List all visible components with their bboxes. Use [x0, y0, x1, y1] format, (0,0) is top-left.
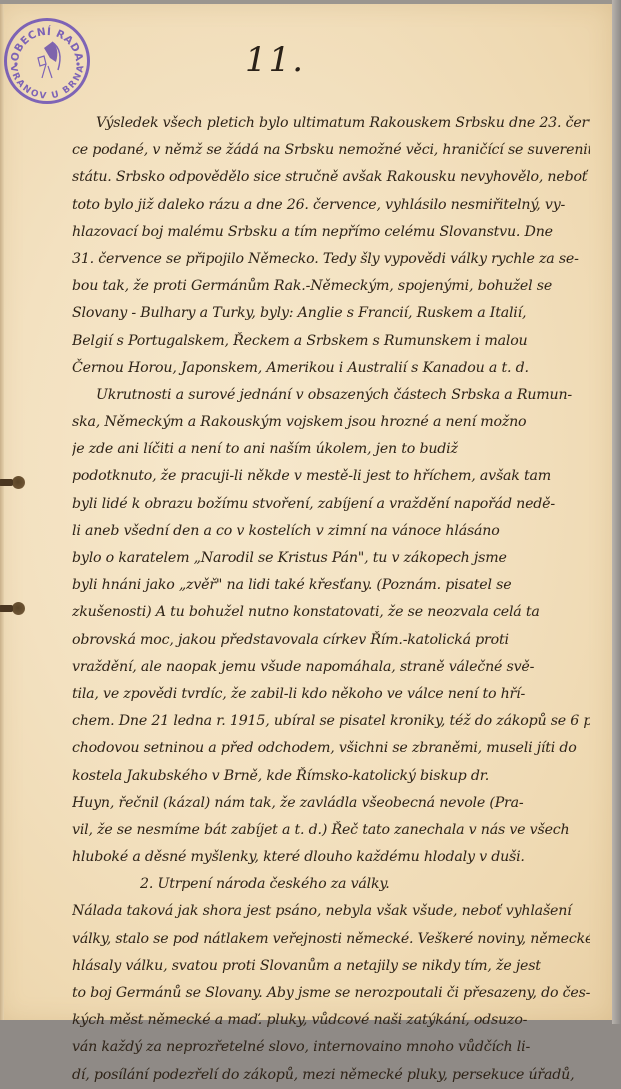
text-line: byli hnáni jako „zvěř" na lidi také křes… — [72, 572, 590, 599]
text-line: zkušenosti) A tu bohužel nutno konstatov… — [72, 599, 590, 626]
text-line: Černou Horou, Japonskem, Amerikou i Aust… — [72, 355, 590, 382]
text-line: 31. července se připojilo Německo. Tedy … — [72, 246, 590, 273]
text-line: byli lidé k obrazu božímu stvoření, zabí… — [72, 491, 590, 518]
text-line: války, stalo se pod nátlakem veřejnosti … — [72, 926, 590, 953]
stamp-bottom-text: VRANOV U BRNA — [7, 64, 86, 102]
text-line: Výsledek všech pletich bylo ultimatum Ra… — [72, 110, 590, 137]
municipal-stamp: OBECNÍ RADA VRANOV U BRNA — [4, 18, 90, 104]
text-line: Nálada taková jak shora jest psáno, neby… — [72, 898, 590, 925]
svg-text:VRANOV U BRNA: VRANOV U BRNA — [7, 64, 86, 102]
scan-right-edge — [612, 0, 621, 1024]
chronicle-page: OBECNÍ RADA VRANOV U BRNA 11. Výsledek v… — [0, 4, 612, 1020]
handwritten-text-block: Výsledek všech pletich bylo ultimatum Ra… — [72, 110, 590, 1024]
stamp-top-text: OBECNÍ RADA — [9, 25, 85, 63]
text-line: je zde ani líčiti a není to ani naším úk… — [72, 436, 590, 463]
text-line: státu. Srbsko odpovědělo sice stručně av… — [72, 164, 590, 191]
text-line: Ukrutnosti a surové jednání v obsazených… — [72, 382, 590, 409]
text-line: podotknuto, že pracuji-li někde v mestě-… — [72, 463, 590, 490]
binding-edge — [0, 4, 4, 1020]
page-number: 11. — [245, 40, 305, 80]
text-line: bou tak, že proti Germánům Rak.-Německým… — [72, 273, 590, 300]
text-line: to boj Germánů se Slovany. Aby jsme se n… — [72, 980, 590, 1007]
text-line: hlazovací boj malému Srbsku a tím nepřím… — [72, 219, 590, 246]
binding-hole-icon — [12, 476, 25, 489]
text-line: li aneb všední den a co v kostelích v zi… — [72, 518, 590, 545]
section-heading: 2. Utrpení národa českého za války. — [72, 871, 590, 898]
text-line: hlásaly válku, svatou proti Slovanům a n… — [72, 953, 590, 980]
text-line: obrovská moc, jakou představovala církev… — [72, 627, 590, 654]
text-line: tila, ve zpovědi tvrdíc, že zabil-li kdo… — [72, 681, 590, 708]
text-line: chem. Dne 21 ledna r. 1915, ubíral se pi… — [72, 708, 590, 735]
text-line: bylo o karatelem „Narodil se Kristus Pán… — [72, 545, 590, 572]
text-line: Huyn, řečnil (kázal) nám tak, že zavládl… — [72, 790, 590, 817]
text-line: ce podané, v němž se žádá na Srbsku nemo… — [72, 137, 590, 164]
text-line: kých měst německé a maď. pluky, vůdcové … — [72, 1007, 590, 1024]
text-line: vraždění, ale naopak jemu všude napomáha… — [72, 654, 590, 681]
text-line: vil, že se nesmíme bát zabíjet a t. d.) … — [72, 817, 590, 844]
binding-hole-icon — [12, 602, 25, 615]
svg-text:OBECNÍ RADA: OBECNÍ RADA — [9, 25, 85, 63]
text-line: toto bylo již daleko rázu a dne 26. červ… — [72, 192, 590, 219]
text-line: chodovou setninou a před odchodem, všich… — [72, 735, 590, 762]
text-line: hluboké a děsné myšlenky, které dlouho k… — [72, 844, 590, 871]
stamp-emblem-icon: OBECNÍ RADA VRANOV U BRNA — [4, 18, 90, 104]
text-line: Belgií s Portugalskem, Řeckem a Srbskem … — [72, 328, 590, 355]
text-line: Slovany - Bulhary a Turky, byly: Anglie … — [72, 300, 590, 327]
text-line: kostela Jakubského v Brně, kde Římsko-ka… — [72, 763, 590, 790]
text-line: ska, Německým a Rakouským vojskem jsou h… — [72, 409, 590, 436]
